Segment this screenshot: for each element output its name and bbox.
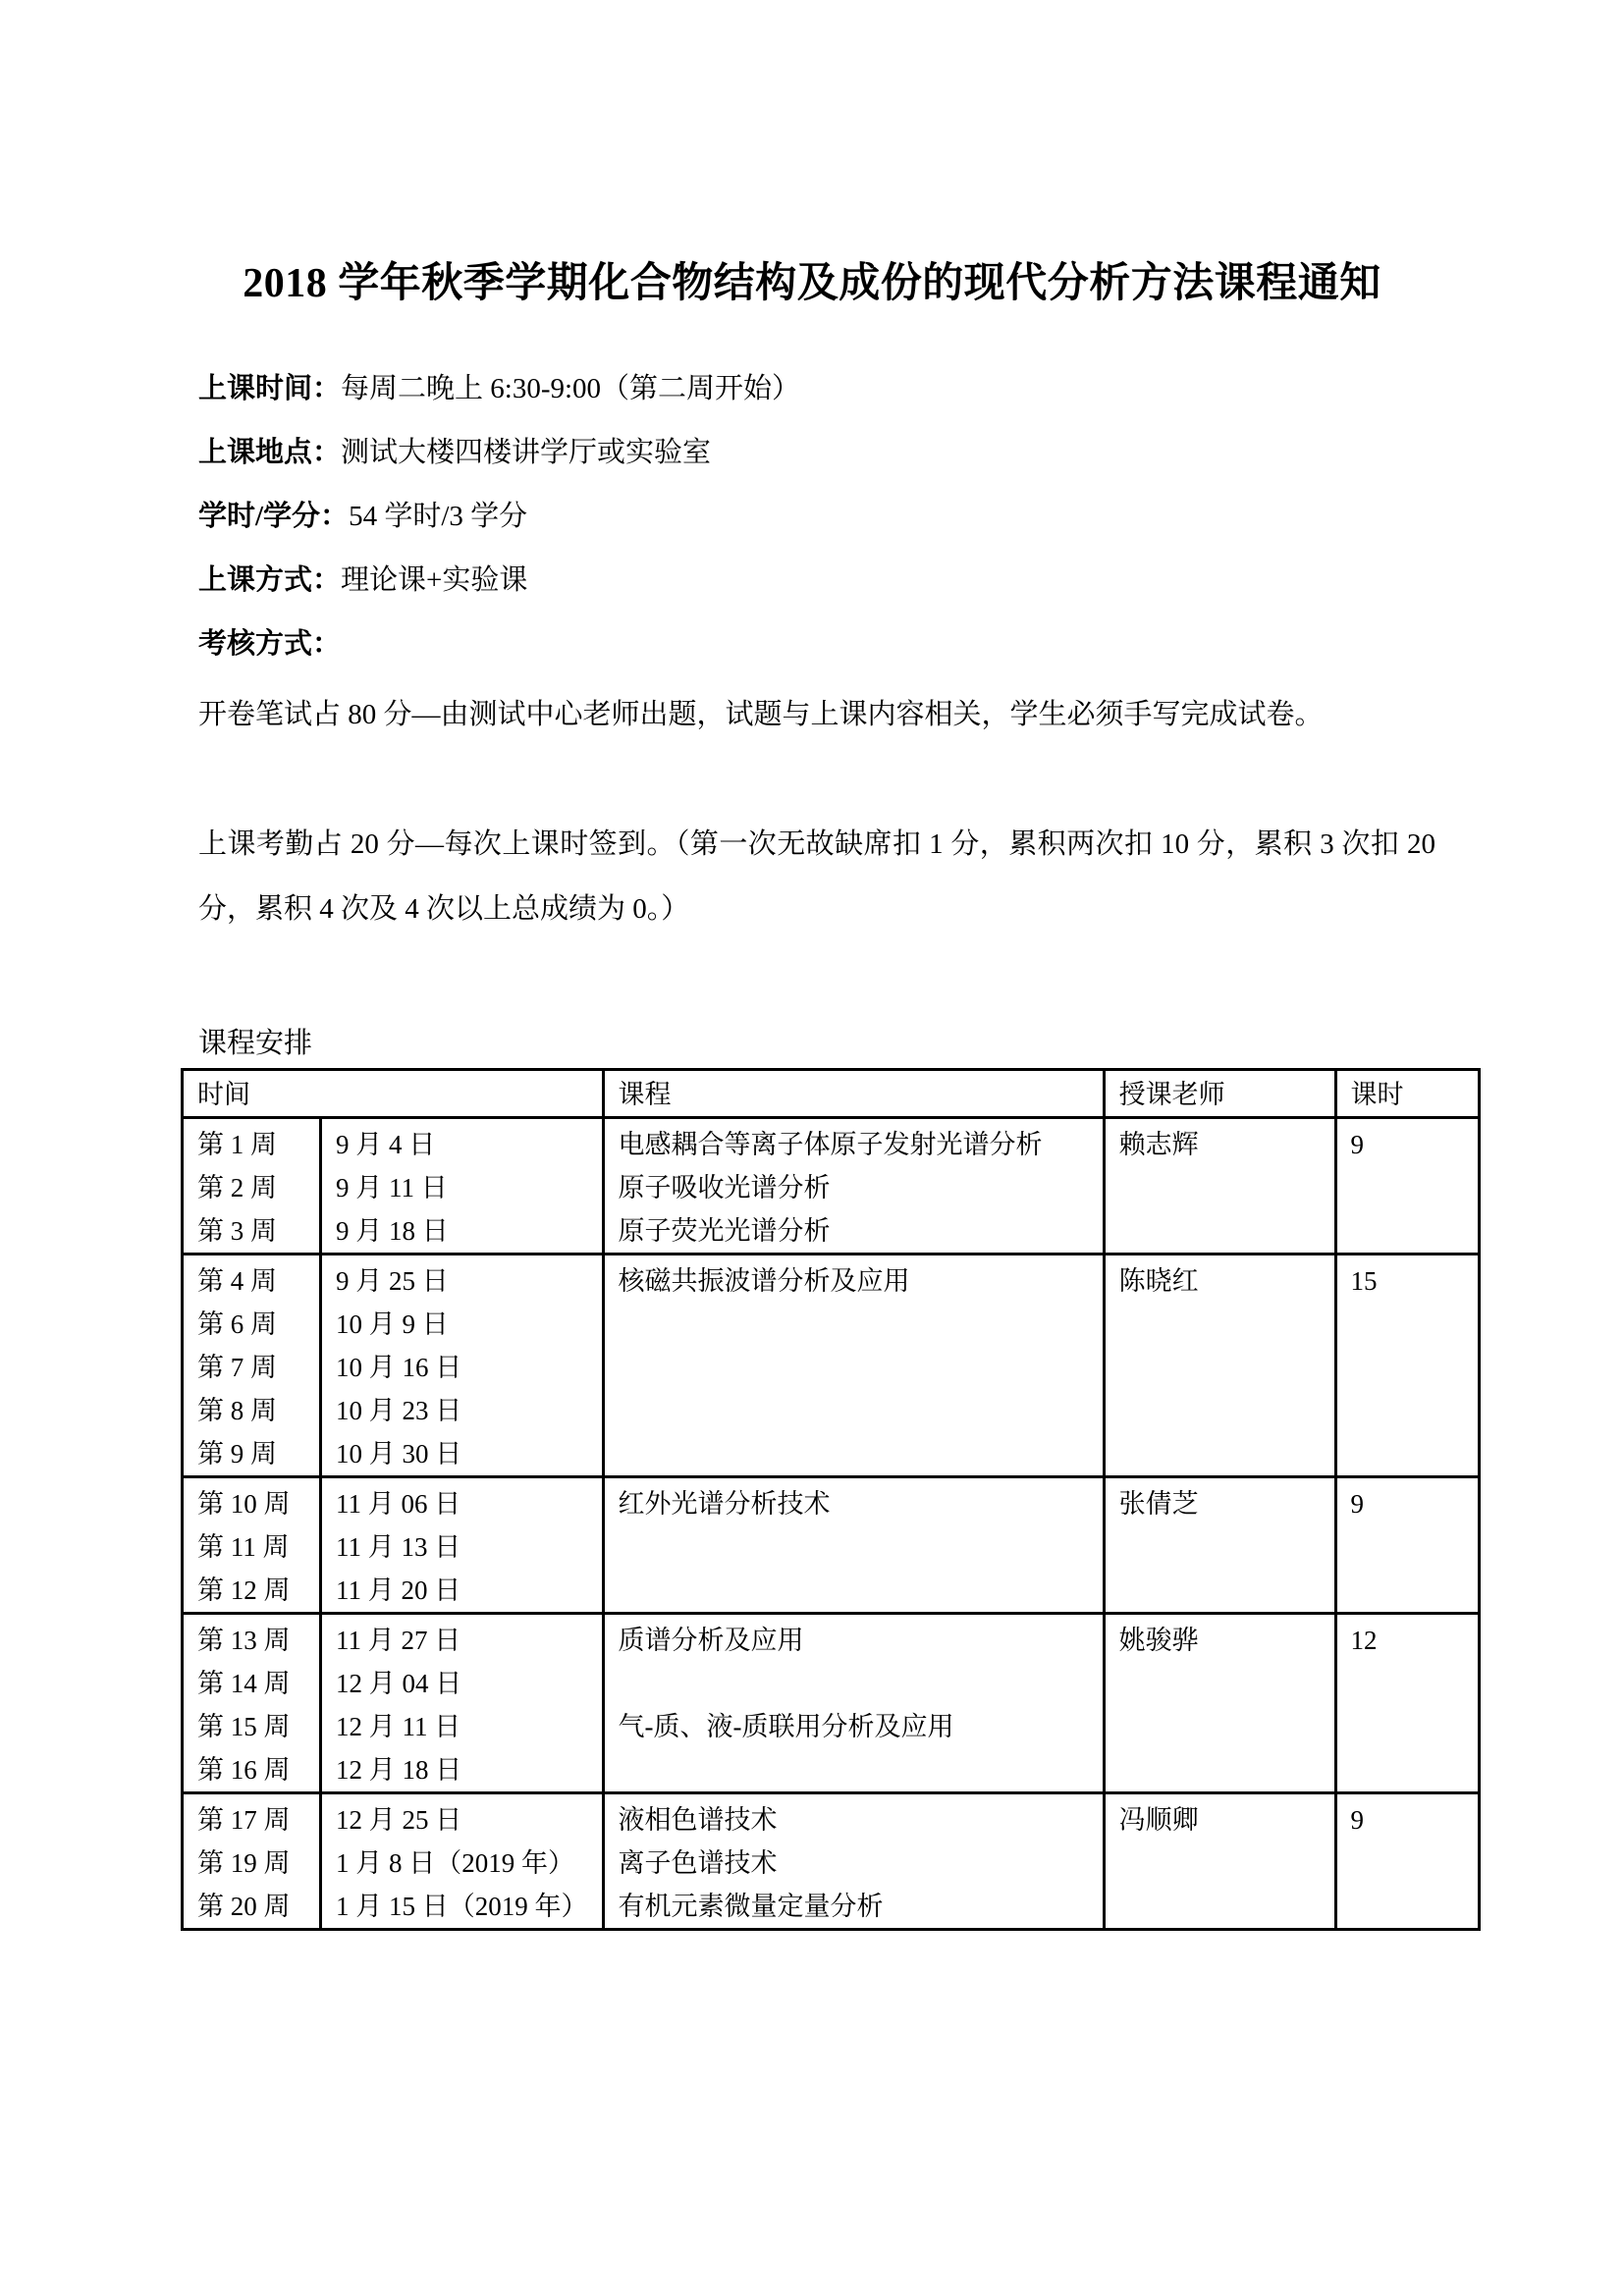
teacher-cell: 陈晓红 [1104, 1255, 1335, 1477]
table-header-row: 时间 课程 授课老师 课时 [183, 1070, 1480, 1118]
header-teacher: 授课老师 [1104, 1070, 1335, 1118]
week: 第 11 周 [197, 1525, 305, 1569]
week: 第 1 周 [197, 1123, 305, 1166]
info-value: 54 学时/3 学分 [349, 501, 527, 532]
hours-cell: 9 [1335, 1793, 1480, 1930]
info-label: 上课时间： [198, 373, 341, 404]
table-row: 第 1 周 第 2 周 第 3 周 9 月 4 日 9 月 11 日 9 月 1… [183, 1118, 1480, 1255]
date: 11 月 27 日 [336, 1619, 588, 1662]
date: 9 月 11 日 [336, 1166, 588, 1209]
week: 第 6 周 [197, 1303, 305, 1346]
courses-cell: 核磁共振波谱分析及应用 [603, 1255, 1104, 1477]
info-location: 上课地点：测试大楼四楼讲学厅或实验室 [198, 435, 711, 470]
date: 11 月 06 日 [336, 1482, 588, 1525]
teacher-cell: 姚骏骅 [1104, 1614, 1335, 1793]
course: 原子吸收光谱分析 [619, 1166, 1089, 1209]
week: 第 9 周 [197, 1432, 305, 1475]
table-row: 第 13 周 第 14 周 第 15 周 第 16 周 11 月 27 日 12… [183, 1614, 1480, 1793]
info-value: 每周二晚上 6:30-9:00（第二周开始） [341, 373, 800, 404]
week: 第 20 周 [197, 1885, 305, 1928]
week: 第 12 周 [197, 1569, 305, 1612]
date: 9 月 18 日 [336, 1209, 588, 1253]
info-value: 测试大楼四楼讲学厅或实验室 [341, 437, 711, 468]
dates-cell: 12 月 25 日 1 月 8 日（2019 年） 1 月 15 日（2019 … [321, 1793, 604, 1930]
week: 第 3 周 [197, 1209, 305, 1253]
date: 10 月 16 日 [336, 1346, 588, 1389]
courses-cell: 质谱分析及应用 气-质、液-质联用分析及应用 [603, 1614, 1104, 1793]
week: 第 14 周 [197, 1662, 305, 1705]
date: 10 月 9 日 [336, 1303, 588, 1346]
table-row: 第 10 周 第 11 周 第 12 周 11 月 06 日 11 月 13 日… [183, 1477, 1480, 1614]
course: 电感耦合等离子体原子发射光谱分析 [619, 1123, 1089, 1166]
week: 第 4 周 [197, 1259, 305, 1303]
week: 第 15 周 [197, 1705, 305, 1748]
dates-cell: 9 月 4 日 9 月 11 日 9 月 18 日 [321, 1118, 604, 1255]
info-label: 考核方式： [198, 628, 341, 660]
course: 原子荧光光谱分析 [619, 1209, 1089, 1253]
info-assessment: 考核方式： [198, 626, 341, 662]
date: 1 月 15 日（2019 年） [336, 1885, 588, 1928]
week: 第 16 周 [197, 1748, 305, 1791]
weeks-cell: 第 17 周 第 19 周 第 20 周 [183, 1793, 321, 1930]
dates-cell: 11 月 27 日 12 月 04 日 12 月 11 日 12 月 18 日 [321, 1614, 604, 1793]
week: 第 10 周 [197, 1482, 305, 1525]
courses-cell: 红外光谱分析技术 [603, 1477, 1104, 1614]
info-label: 上课地点： [198, 437, 341, 468]
date: 10 月 23 日 [336, 1389, 588, 1432]
date: 12 月 11 日 [336, 1705, 588, 1748]
date: 1 月 8 日（2019 年） [336, 1842, 588, 1885]
date: 12 月 18 日 [336, 1748, 588, 1791]
hours-cell: 9 [1335, 1118, 1480, 1255]
schedule-label: 课程安排 [198, 1021, 312, 1061]
week: 第 7 周 [197, 1346, 305, 1389]
assessment-exam: 开卷笔试占 80 分—由测试中心老师出题，试题与上课内容相关，学生必须手写完成试… [198, 682, 1435, 747]
course [619, 1748, 1089, 1791]
course: 气-质、液-质联用分析及应用 [619, 1705, 1089, 1748]
date: 12 月 04 日 [336, 1662, 588, 1705]
dates-cell: 9 月 25 日 10 月 9 日 10 月 16 日 10 月 23 日 10… [321, 1255, 604, 1477]
course: 液相色谱技术 [619, 1798, 1089, 1842]
weeks-cell: 第 10 周 第 11 周 第 12 周 [183, 1477, 321, 1614]
week: 第 2 周 [197, 1166, 305, 1209]
info-label: 学时/学分： [198, 501, 349, 532]
header-hours: 课时 [1335, 1070, 1480, 1118]
date: 11 月 13 日 [336, 1525, 588, 1569]
course: 核磁共振波谱分析及应用 [619, 1259, 1089, 1303]
course: 红外光谱分析技术 [619, 1482, 1089, 1525]
weeks-cell: 第 4 周 第 6 周 第 7 周 第 8 周 第 9 周 [183, 1255, 321, 1477]
date: 9 月 4 日 [336, 1123, 588, 1166]
header-course: 课程 [603, 1070, 1104, 1118]
course: 离子色谱技术 [619, 1842, 1089, 1885]
dates-cell: 11 月 06 日 11 月 13 日 11 月 20 日 [321, 1477, 604, 1614]
course: 有机元素微量定量分析 [619, 1885, 1089, 1928]
date: 9 月 25 日 [336, 1259, 588, 1303]
info-label: 上课方式： [198, 564, 341, 596]
teacher-cell: 张倩芝 [1104, 1477, 1335, 1614]
course [619, 1662, 1089, 1705]
week: 第 8 周 [197, 1389, 305, 1432]
hours-cell: 15 [1335, 1255, 1480, 1477]
weeks-cell: 第 13 周 第 14 周 第 15 周 第 16 周 [183, 1614, 321, 1793]
schedule-table: 时间 课程 授课老师 课时 第 1 周 第 2 周 第 3 周 9 月 4 日 … [181, 1068, 1481, 1931]
table-row: 第 4 周 第 6 周 第 7 周 第 8 周 第 9 周 9 月 25 日 1… [183, 1255, 1480, 1477]
assessment-attendance: 上课考勤占 20 分—每次上课时签到。（第一次无故缺席扣 1 分，累积两次扣 1… [198, 812, 1435, 941]
header-time: 时间 [183, 1070, 604, 1118]
week: 第 17 周 [197, 1798, 305, 1842]
date: 12 月 25 日 [336, 1798, 588, 1842]
courses-cell: 液相色谱技术 离子色谱技术 有机元素微量定量分析 [603, 1793, 1104, 1930]
week: 第 19 周 [197, 1842, 305, 1885]
date: 10 月 30 日 [336, 1432, 588, 1475]
info-credits: 学时/学分：54 学时/3 学分 [198, 499, 527, 534]
teacher-cell: 冯顺卿 [1104, 1793, 1335, 1930]
info-value: 理论课+实验课 [341, 564, 527, 596]
hours-cell: 9 [1335, 1477, 1480, 1614]
teacher-cell: 赖志辉 [1104, 1118, 1335, 1255]
weeks-cell: 第 1 周 第 2 周 第 3 周 [183, 1118, 321, 1255]
courses-cell: 电感耦合等离子体原子发射光谱分析 原子吸收光谱分析 原子荧光光谱分析 [603, 1118, 1104, 1255]
info-class-time: 上课时间：每周二晚上 6:30-9:00（第二周开始） [198, 371, 800, 406]
hours-cell: 12 [1335, 1614, 1480, 1793]
info-format: 上课方式：理论课+实验课 [198, 562, 527, 598]
date: 11 月 20 日 [336, 1569, 588, 1612]
table-row: 第 17 周 第 19 周 第 20 周 12 月 25 日 1 月 8 日（2… [183, 1793, 1480, 1930]
document-title: 2018 学年秋季学期化合物结构及成份的现代分析方法课程通知 [0, 250, 1624, 309]
course: 质谱分析及应用 [619, 1619, 1089, 1662]
week: 第 13 周 [197, 1619, 305, 1662]
